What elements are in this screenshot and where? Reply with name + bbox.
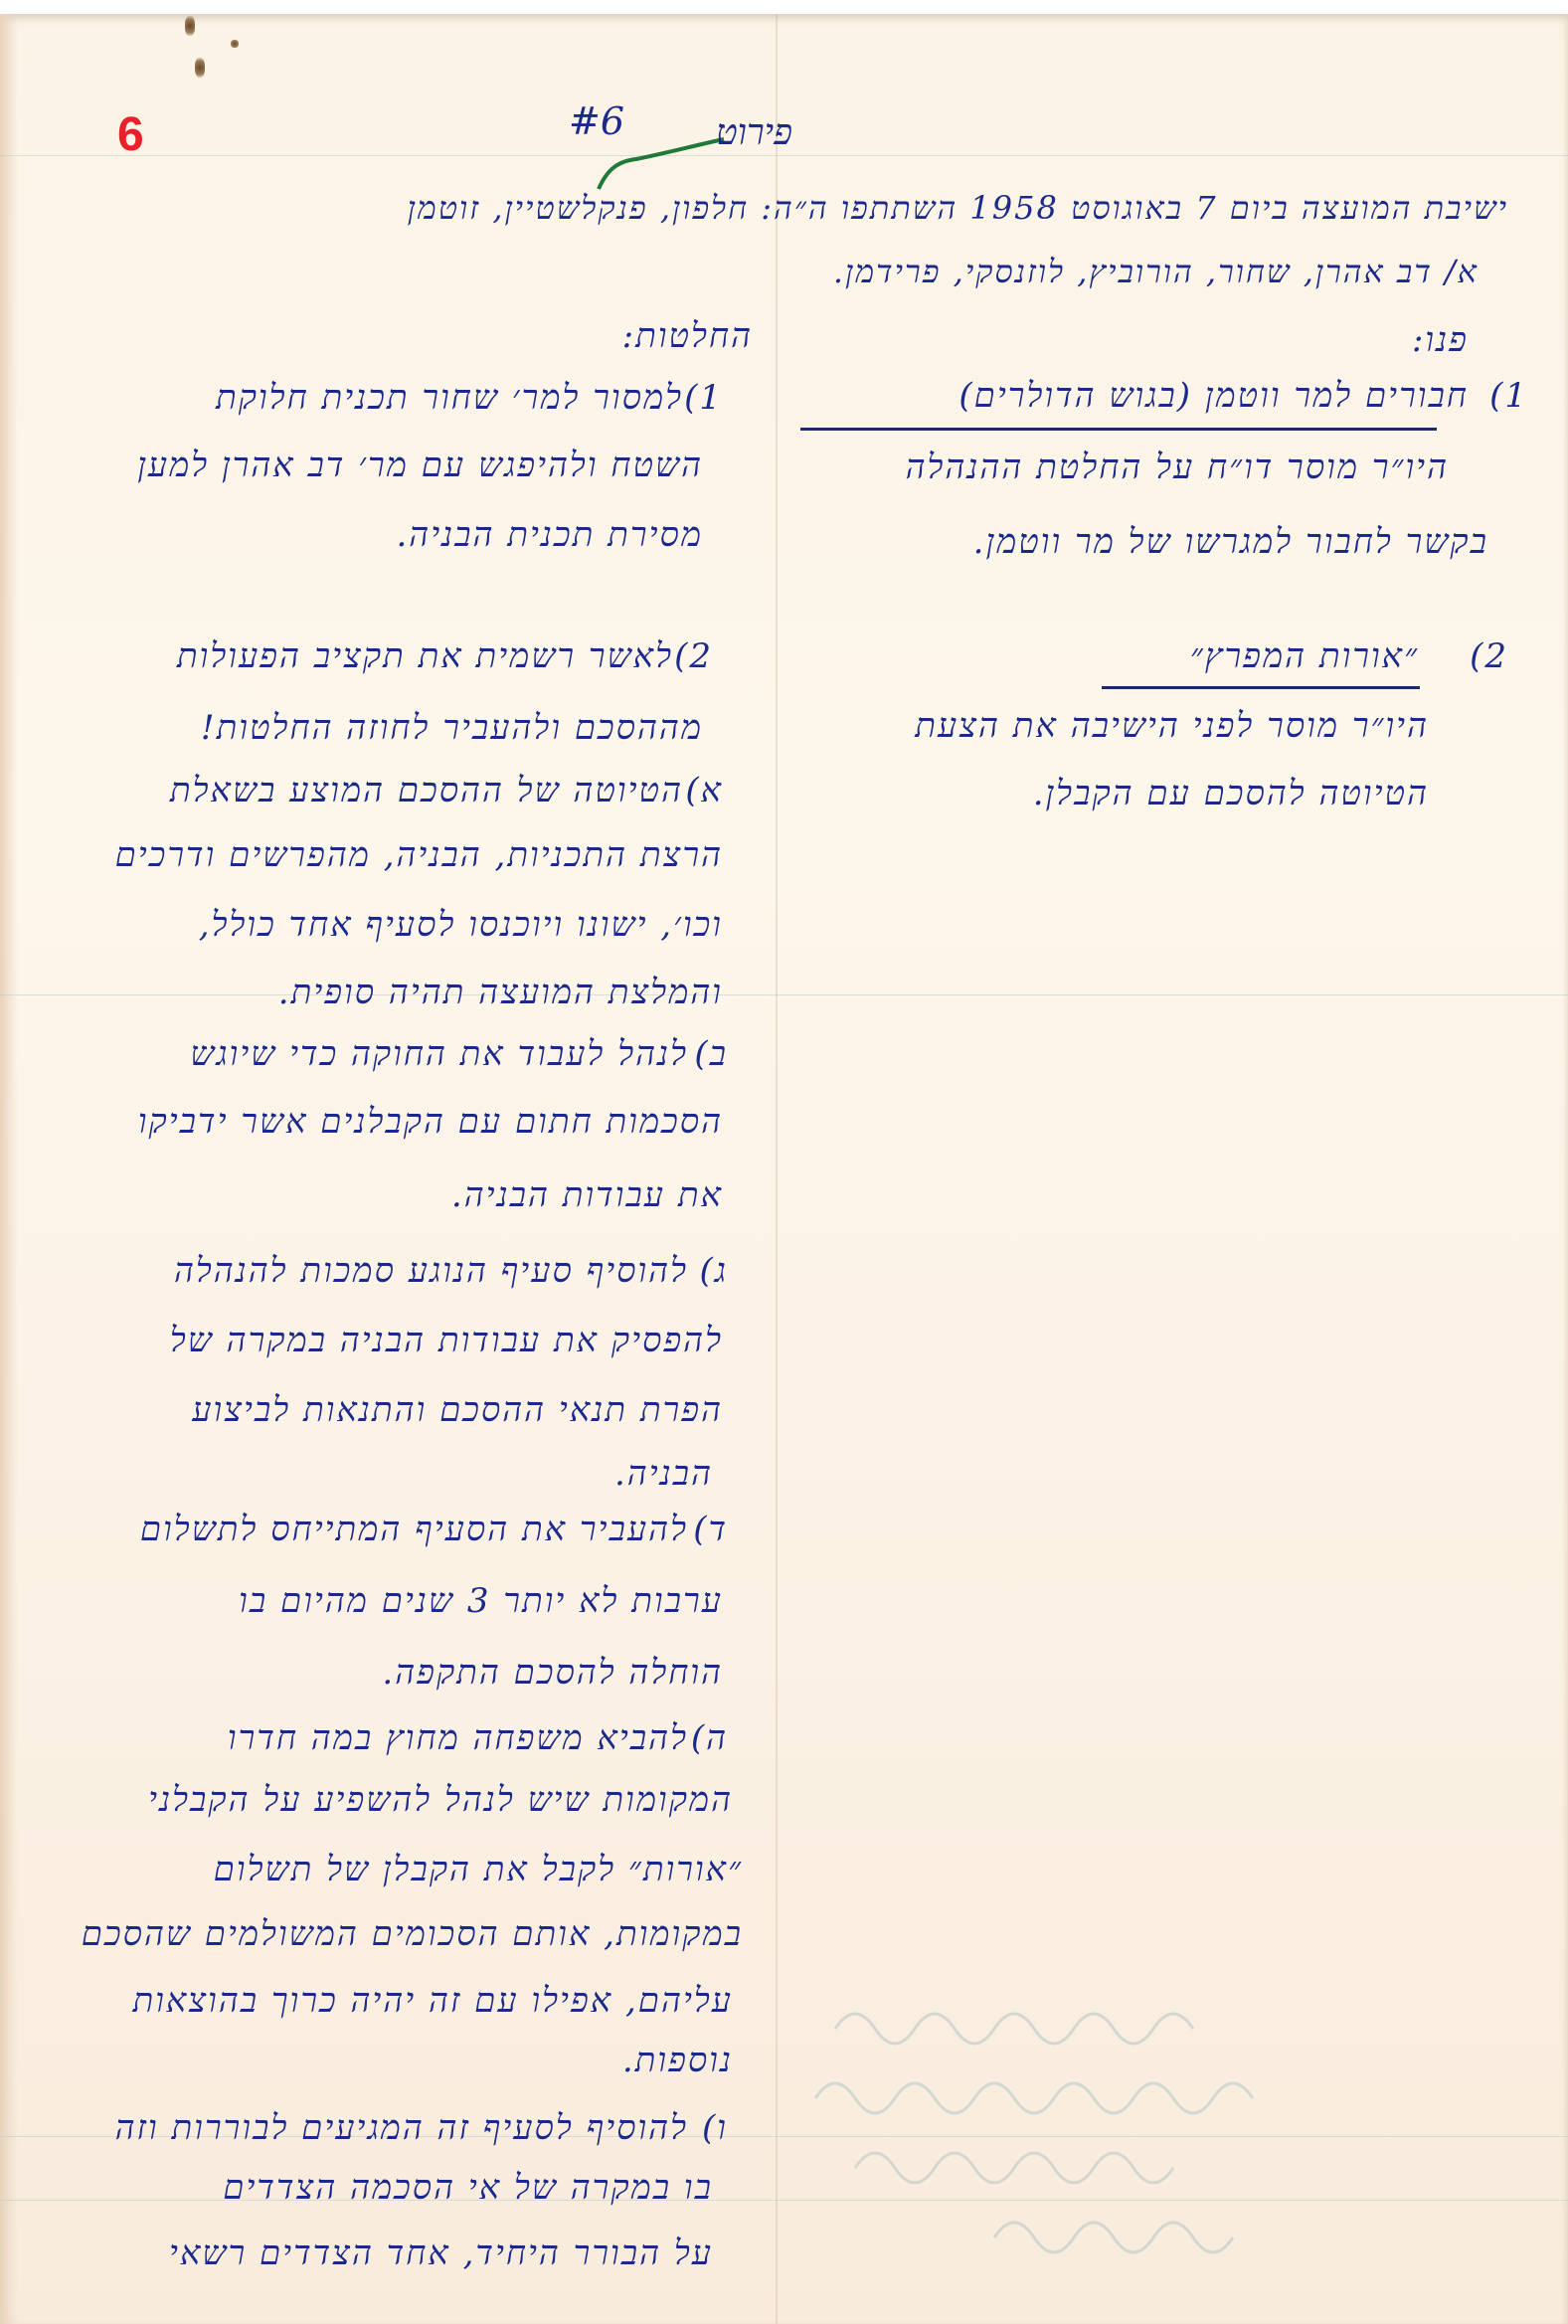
page-number: 6: [117, 107, 144, 162]
document-title: פירוט: [716, 111, 792, 153]
left-item-line: ערבות לא יותר 3 שנים מהיום בו: [239, 1581, 723, 1621]
right-item-2-number: 2): [1470, 636, 1508, 676]
left-item-number: 1): [684, 378, 723, 418]
left-item-line: והמלצת המועצה תהיה סופית.: [278, 973, 723, 1012]
left-item-line: להעביר את הסעיף המתייחס לתשלום: [140, 1510, 688, 1549]
left-item-line: במקומות, אותם הסכומים המשולמים שהסכם: [82, 1914, 743, 1954]
left-item-line: הסכמות חתום עם הקבלנים אשר ידביקו: [138, 1102, 723, 1142]
header-line-1: ישיבת המועצה ביום 7 באוגוסט 1958 השתתפו …: [408, 189, 1508, 227]
left-item-line: על הבורר היחיד, אחד הצדדים רשאי: [169, 2234, 713, 2273]
left-column-heading: החלטות:: [622, 316, 753, 356]
left-item-line: הפרת תנאי ההסכם והתנאות לביצוע: [192, 1390, 723, 1430]
right-column-heading: פנו:: [1412, 320, 1469, 360]
left-item-line: הוחלה להסכם התקפה.: [382, 1653, 723, 1693]
left-item-line: נוספות.: [622, 2041, 733, 2080]
right-item-1-number: 1): [1489, 376, 1528, 416]
left-item-line: מההסכם ולהעביר לחוזה החלטות!: [201, 708, 703, 748]
left-item-line: להוסיף לסעיף זה המגיעים לבוררות וזה: [115, 2108, 688, 2148]
title-underline: [1102, 686, 1420, 689]
right-item-2-line: היו״ר מוסר לפני הישיבה את הצעת: [915, 706, 1429, 746]
ruled-line: [0, 994, 1568, 995]
ruled-line: [0, 155, 1568, 156]
header-line-2: א/ דב אהרן, שחור, הורוביץ, לוזנסקי, פריד…: [833, 253, 1479, 290]
left-item-line: הבניה.: [614, 1454, 713, 1494]
binding-hole-icon: [231, 40, 239, 48]
left-item-line: למסור למר׳ שחור תכנית חלוקת: [216, 378, 683, 418]
left-item-line: הטיוטה של ההסכם המוצע בשאלת: [170, 771, 683, 810]
left-item-line: בו במקרה של אי הסכמה הצדדים: [223, 2168, 713, 2208]
left-item-number: ה): [691, 1718, 728, 1758]
left-item-line: להוסיף סעיף הנוגע סמכות להנהלה: [174, 1251, 688, 1291]
right-item-1-line: היו״ר מוסר דו״ח על החלטת ההנהלה: [906, 447, 1449, 487]
left-item-number: ו): [702, 2108, 728, 2148]
left-item-line: וכו׳, ישונו ויוכנסו לסעיף אחד כולל,: [199, 905, 723, 945]
right-item-1-line: בקשר לחבור למגרשו של מר ווטמן.: [973, 522, 1488, 562]
right-item-2-title: ״אורות המפרץ״: [1190, 636, 1419, 676]
left-item-line: עליהם, אפילו עם זה יהיה כרוך בהוצאות: [133, 1981, 734, 2021]
left-item-number: 2): [674, 636, 713, 676]
binding-hole-icon: [185, 16, 195, 36]
left-item-line: הרצת התכניות, הבניה, מהפרשים ודרכים: [115, 835, 723, 875]
left-item-line: להפסיק את עבודות הבניה במקרה של: [170, 1321, 723, 1360]
right-item-1-title: חבורים למר ווטמן (בגוש הדולרים): [958, 376, 1469, 416]
left-item-line: המקומות שיש לנהל להשפיע על הקבלני: [148, 1780, 733, 1820]
left-item-number: ד): [693, 1510, 728, 1549]
document-page: [0, 14, 1568, 2324]
left-item-number: ג): [700, 1251, 729, 1291]
left-item-number: א): [685, 771, 723, 810]
left-item-line: להביא משפחה מחוץ במה חדרו: [228, 1718, 688, 1758]
left-item-line: מסירת תכנית הבניה.: [396, 515, 703, 555]
page-fold: [776, 14, 778, 2324]
green-checkmark-icon: [597, 131, 726, 191]
left-item-line: ״אורות״ לקבל את הקבלן של תשלום: [214, 1850, 743, 1889]
left-item-line: את עבודות הבניה.: [451, 1175, 723, 1215]
left-item-line: השטח ולהיפגש עם מר׳ דב אהרן למען: [137, 446, 703, 485]
left-item-number: ב): [694, 1034, 728, 1074]
right-item-2-line: הטיוטה להסכם עם הקבלן.: [1033, 774, 1429, 813]
page-edge: [0, 14, 18, 2324]
bleed-through-scribble-icon: [795, 1989, 1551, 2307]
binding-hole-icon: [195, 58, 205, 78]
left-item-line: לנהל לעבוד את החוקה כדי שיוגש: [190, 1034, 688, 1074]
title-underline: [800, 428, 1437, 431]
left-item-line: לאשר רשמית את תקציב הפעולות: [177, 636, 673, 676]
